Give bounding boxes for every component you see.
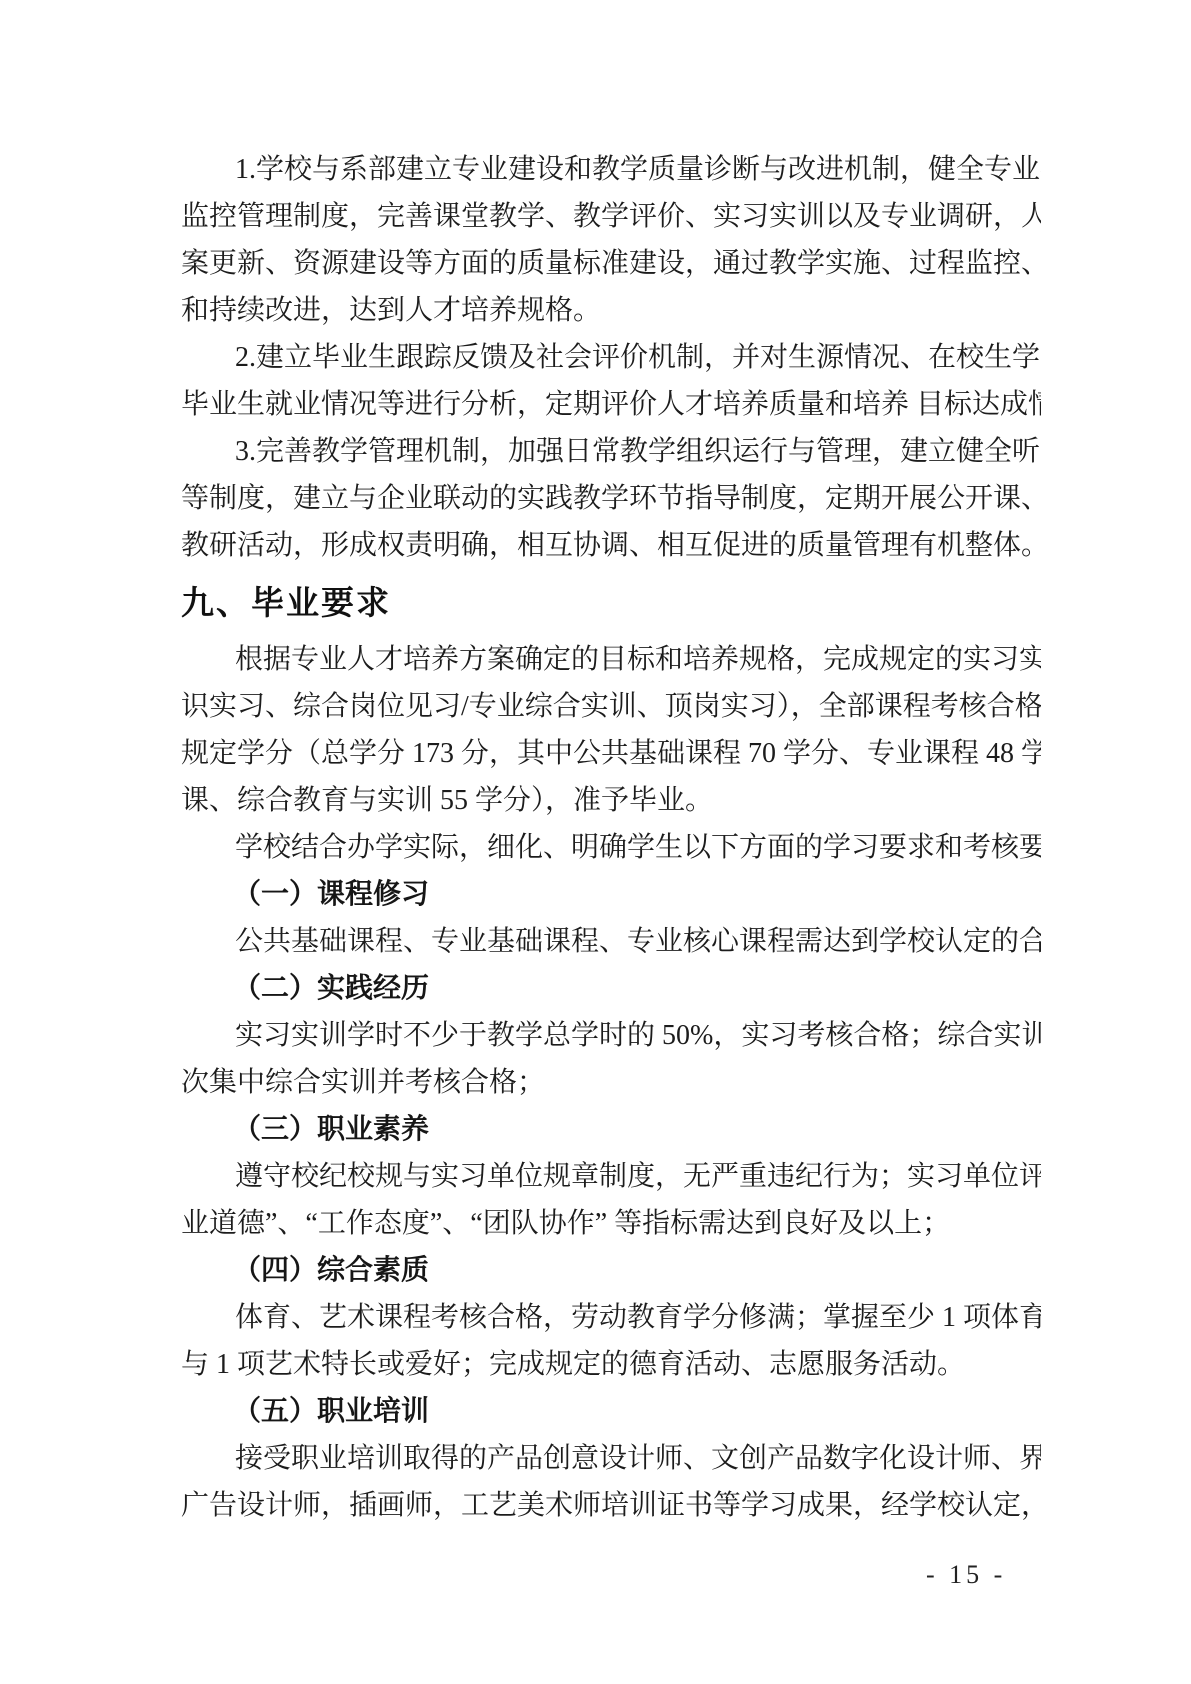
paragraph: 学校结合办学实际，细化、明确学生以下方面的学习要求和考核要求： [181,824,1041,871]
paragraph: 实习实训学时不少于教学总学时的 50%，实习考核合格；综合实训需完成 2次集中综… [181,1012,1041,1106]
text-line: 与 1 项艺术特长或爱好；完成规定的德育活动、志愿服务活动。 [181,1341,1041,1388]
sub-heading: （四）综合素质 [181,1247,1041,1294]
text-line: 毕业生就业情况等进行分析，定期评价人才培养质量和培养 目标达成情况。 [181,381,1041,428]
document-page: 1.学校与系部建立专业建设和教学质量诊断与改进机制，健全专业教学质量监控管理制度… [0,0,1191,1684]
text-line: 次集中综合实训并考核合格； [181,1059,1041,1106]
text-line: 1.学校与系部建立专业建设和教学质量诊断与改进机制，健全专业教学质量 [181,146,1041,193]
sub-heading: （二）实践经历 [181,965,1041,1012]
text-line: 3.完善教学管理机制，加强日常教学组织运行与管理，建立健全听课、评教 [181,428,1041,475]
text-line: 遵守校纪校规与实习单位规章制度，无严重违纪行为；实习单位评价中 “职 [181,1153,1041,1200]
paragraph: 3.完善教学管理机制，加强日常教学组织运行与管理，建立健全听课、评教等制度，建立… [181,428,1041,569]
paragraph: 2.建立毕业生跟踪反馈及社会评价机制，并对生源情况、在校生学业水平，毕业生就业情… [181,334,1041,428]
text-line: 2.建立毕业生跟踪反馈及社会评价机制，并对生源情况、在校生学业水平， [181,334,1041,381]
text-line: 业道德”、“工作态度”、“团队协作” 等指标需达到良好及以上； [181,1200,1041,1247]
text-line: 学校结合办学实际，细化、明确学生以下方面的学习要求和考核要求： [181,824,1041,871]
paragraph: 体育、艺术课程考核合格，劳动教育学分修满；掌握至少 1 项体育运动技能与 1 项… [181,1294,1041,1388]
page-number: - 15 - [926,1560,1006,1590]
paragraph: 遵守校纪校规与实习单位规章制度，无严重违纪行为；实习单位评价中 “职业道德”、“… [181,1153,1041,1247]
text-line: 等制度，建立与企业联动的实践教学环节指导制度，定期开展公开课、示范课等 [181,475,1041,522]
sub-heading: （一）课程修习 [181,871,1041,918]
document-content: 1.学校与系部建立专业建设和教学质量诊断与改进机制，健全专业教学质量监控管理制度… [181,146,1041,1529]
text-line: 规定学分（总学分 173 分，其中公共基础课程 70 学分、专业课程 48 学分… [181,730,1041,777]
section-heading: 九、毕业要求 [181,569,1041,636]
text-line: 教研活动，形成权责明确，相互协调、相互促进的质量管理有机整体。 [181,522,1041,569]
text-line: 识实习、综合岗位见习/专业综合实训、顶岗实习），全部课程考核合格或修满 [181,683,1041,730]
text-line: 和持续改进，达到人才培养规格。 [181,287,1041,334]
paragraph: 接受职业培训取得的产品创意设计师、文创产品数字化设计师、界面设计师、广告设计师，… [181,1435,1041,1529]
sub-heading: （三）职业素养 [181,1106,1041,1153]
text-line: 接受职业培训取得的产品创意设计师、文创产品数字化设计师、界面设计师、 [181,1435,1041,1482]
text-line: 根据专业人才培养方案确定的目标和培养规格，完成规定的实习实训（含认 [181,636,1041,683]
paragraph: 根据专业人才培养方案确定的目标和培养规格，完成规定的实习实训（含认识实习、综合岗… [181,636,1041,824]
text-line: 案更新、资源建设等方面的质量标准建设，通过教学实施、过程监控、质量评价 [181,240,1041,287]
sub-heading: （五）职业培训 [181,1388,1041,1435]
paragraph: 1.学校与系部建立专业建设和教学质量诊断与改进机制，健全专业教学质量监控管理制度… [181,146,1041,334]
text-line: 实习实训学时不少于教学总学时的 50%，实习考核合格；综合实训需完成 2 [181,1012,1041,1059]
paragraph: 公共基础课程、专业基础课程、专业核心课程需达到学校认定的合格标准。 [181,918,1041,965]
text-line: 体育、艺术课程考核合格，劳动教育学分修满；掌握至少 1 项体育运动技能 [181,1294,1041,1341]
text-line: 广告设计师，插画师，工艺美术师培训证书等学习成果，经学校认定，可转 4 [181,1482,1041,1529]
text-line: 课、综合教育与实训 55 学分），准予毕业。 [181,777,1041,824]
text-line: 公共基础课程、专业基础课程、专业核心课程需达到学校认定的合格标准。 [181,918,1041,965]
text-line: 监控管理制度，完善课堂教学、教学评价、实习实训以及专业调研，人才培养方 [181,193,1041,240]
